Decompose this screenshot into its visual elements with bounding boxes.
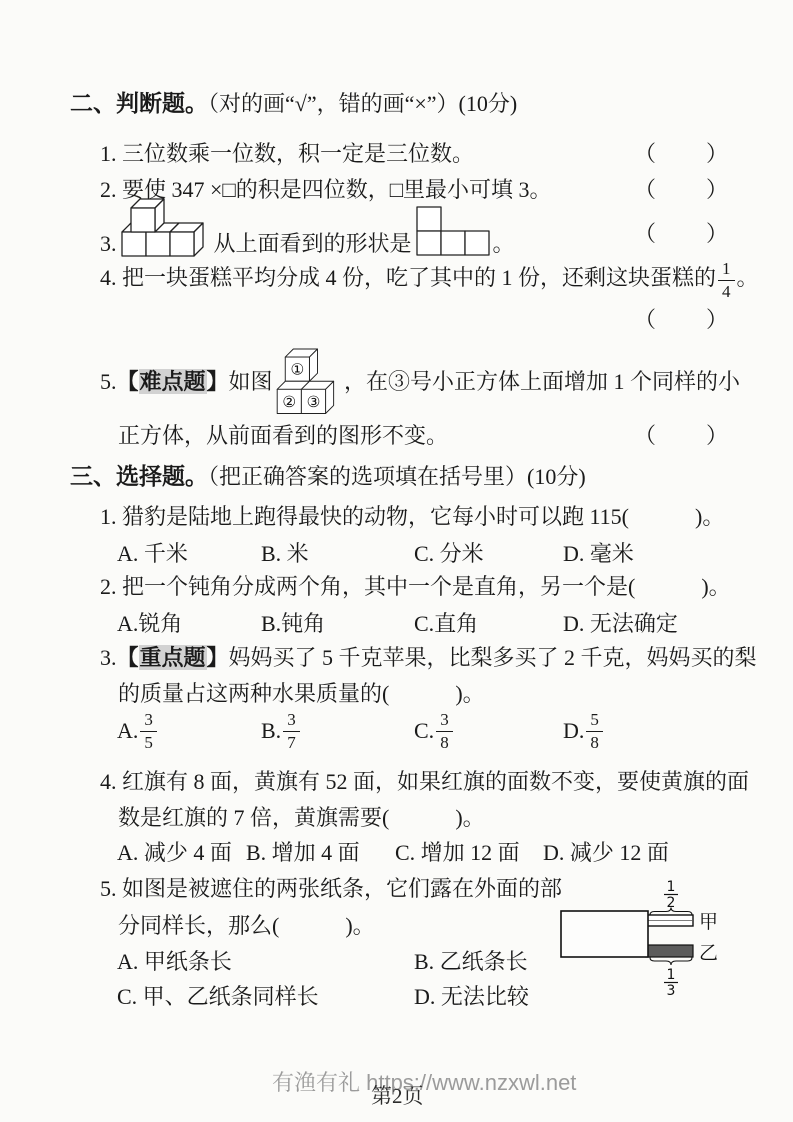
- choice-q3-tag: 【重点题】: [117, 645, 229, 670]
- choice-q5-line1: 5. 如图是被遮住的两张纸条，它们露在外面的部: [100, 874, 570, 904]
- numbered-cubes-figure: ① ② ③: [275, 336, 342, 428]
- worksheet-page: 二、判断题。（对的画“√”，错的画“×”）(10分) 1. 三位数乘一位数，积一…: [0, 0, 793, 1122]
- choice-q5-option-a: A. 甲纸条长: [117, 947, 414, 977]
- cube-stack-3d-figure: [120, 197, 210, 259]
- cube-label-1: ①: [290, 361, 304, 379]
- choice-q5-option-b: B. 乙纸条长: [414, 947, 528, 977]
- choice-q5-line2-text: 分同样长，那么( )。: [118, 913, 375, 938]
- choice-q3-line2: 的质量占这两种水果质量的( )。: [118, 679, 730, 709]
- judge-q3-period: 。: [493, 229, 515, 259]
- judge-q5: 5.【难点题】如图 ① ② ③ ，在③号小正方体上面增加 1 个同样的小: [100, 336, 740, 428]
- choice-q4-line1-text: 4. 红旗有 8 面，黄旗有 52 面，如果红旗的面数不变，要使黄旗的面: [100, 769, 749, 794]
- choice-q3-options: A.35 B.37 C.38 D.58: [117, 710, 605, 752]
- judge-q5-tag: 【难点题】: [117, 367, 229, 397]
- choice-q3-option-d: D.58: [563, 710, 605, 752]
- choice-q1-option-a: A. 千米: [117, 539, 261, 569]
- judge-q3-number: 3.: [100, 229, 117, 259]
- choice-q3-line1: 3.【重点题】妈妈买了 5 千克苹果，比梨多买了 2 千克，妈妈买的梨: [100, 643, 740, 673]
- choice-q2-option-a: A.锐角: [117, 609, 261, 639]
- choice-q3-line1-text: 妈妈买了 5 千克苹果，比梨多买了 2 千克，妈妈买的梨: [229, 645, 757, 670]
- choice-q5-line2: 分同样长，那么( )。: [118, 911, 570, 941]
- choice-section-title: 三、选择题。: [70, 463, 208, 489]
- fraction-numerator: 3: [140, 710, 157, 732]
- judge-q4: 4. 把一块蛋糕平均分成 4 份，吃了其中的 1 份，还剩这块蛋糕的14。: [100, 259, 740, 301]
- cube-label-3: ③: [306, 393, 320, 411]
- bottom-fraction-denominator: 3: [667, 983, 676, 998]
- choice-q1-option-b: B. 米: [261, 539, 414, 569]
- choice-q1-option-d: D. 毫米: [563, 539, 634, 569]
- choice-q2-option-c: C.直角: [414, 609, 563, 639]
- page-number: 第2页: [371, 1080, 424, 1110]
- covered-paper-strips-figure: 1 2 甲 乙 1 3: [558, 876, 720, 998]
- choice-q3-option-a: A.35: [117, 710, 261, 752]
- choice-q2-options: A.锐角 B.钝角 C.直角 D. 无法确定: [117, 609, 678, 639]
- option-letter: B.: [261, 716, 281, 746]
- option-letter: C.: [414, 716, 434, 746]
- watermark-text: 有渔有礼 https://www.nzxwl.net: [272, 1066, 576, 1097]
- fraction-3-8: 38: [436, 710, 453, 752]
- under-brace: [650, 958, 692, 966]
- label-jia: 甲: [699, 911, 718, 933]
- choice-q3-number: 3.: [100, 645, 117, 670]
- option-letter: A.: [117, 716, 138, 746]
- choice-q4-option-d: D. 减少 12 面: [543, 838, 669, 868]
- fraction-denominator: 4: [722, 281, 731, 302]
- tag-close-bracket: 】: [207, 369, 229, 394]
- judge-q4-period: 。: [737, 265, 759, 290]
- choice-q5-option-d: D. 无法比较: [414, 982, 529, 1012]
- choice-q3-line2-text: 的质量占这两种水果质量的( )。: [118, 681, 485, 706]
- choice-q4-option-b: B. 增加 4 面: [246, 838, 395, 868]
- judge-q1-answer-bracket: （ ）: [634, 139, 730, 169]
- judge-section-note: （对的画“√”，错的画“×”）(10分): [208, 91, 517, 116]
- judge-q4-text: 4. 把一块蛋糕平均分成 4 份，吃了其中的 1 份，还剩这块蛋糕的: [100, 265, 716, 290]
- fraction-denominator: 8: [590, 732, 599, 753]
- fraction-numerator: 5: [586, 710, 603, 732]
- judge-q5-text: ，在③号小正方体上面增加 1 个同样的小: [344, 367, 740, 397]
- choice-q2: 2. 把一个钝角分成两个角，其中一个是直角，另一个是( )。: [100, 572, 740, 602]
- choice-q4-option-a: A. 减少 4 面: [117, 838, 246, 868]
- judge-q4-answer-bracket: （ ）: [634, 305, 730, 335]
- l-shape-top-view-figure: [415, 205, 493, 257]
- choice-q4-line1: 4. 红旗有 8 面，黄旗有 52 面，如果红旗的面数不变，要使黄旗的面: [100, 767, 740, 797]
- judge-q5-line2: 正方体，从前面看到的图形不变。 （ ）: [118, 421, 730, 451]
- choice-q1-text: 1. 猎豹是陆地上跑得最快的动物，它每小时可以跑 115( )。: [100, 504, 724, 529]
- choice-q5-option-c: C. 甲、乙纸条同样长: [117, 982, 414, 1012]
- top-fraction-numerator: 1: [667, 879, 676, 895]
- judge-q3-answer-bracket: （ ）: [634, 219, 730, 249]
- choice-q3-option-b: B.37: [261, 710, 414, 752]
- choice-q4-line2-text: 数是红旗的 7 倍，黄旗需要( )。: [118, 805, 485, 830]
- strip-yi: [646, 945, 693, 957]
- tag-open-bracket: 【: [117, 369, 139, 394]
- choice-section-header: 三、选择题。（把正确答案的选项填在括号里）(10分): [70, 461, 586, 492]
- choice-q1-options: A. 千米 B. 米 C. 分米 D. 毫米: [117, 539, 634, 569]
- tag-difficult-label: 难点题: [139, 369, 207, 394]
- choice-q5-options-ab: A. 甲纸条长 B. 乙纸条长: [117, 947, 528, 977]
- tag-close-bracket: 】: [207, 645, 229, 670]
- tag-key-label: 重点题: [139, 645, 207, 670]
- cover-rectangle: [561, 911, 648, 957]
- judge-q5-answer-bracket: （ ）: [634, 421, 730, 451]
- judge-q3: 3. 从上面看到的形状是 。 （ ）: [100, 197, 730, 261]
- choice-q1: 1. 猎豹是陆地上跑得最快的动物，它每小时可以跑 115( )。: [100, 502, 740, 532]
- judge-q1-text: 1. 三位数乘一位数，积一定是三位数。: [100, 141, 474, 166]
- choice-q5-options-cd: C. 甲、乙纸条同样长 D. 无法比较: [117, 982, 529, 1012]
- judge-q5-number: 5.: [100, 367, 117, 397]
- judge-q5-row: 5.【难点题】如图 ① ② ③ ，在③号小正方体上面增加 1 个同样的小: [100, 336, 740, 428]
- fraction-denominator: 7: [287, 732, 296, 753]
- judge-section-header: 二、判断题。（对的画“√”，错的画“×”）(10分): [70, 88, 517, 119]
- fraction-denominator: 8: [440, 732, 449, 753]
- fraction-numerator: 3: [436, 710, 453, 732]
- choice-q2-text: 2. 把一个钝角分成两个角，其中一个是直角，另一个是( )。: [100, 574, 731, 599]
- choice-q2-option-d: D. 无法确定: [563, 609, 678, 639]
- choice-q3-option-c: C.38: [414, 710, 563, 752]
- judge-q3-text: 从上面看到的形状是: [214, 229, 412, 259]
- choice-q2-option-b: B.钝角: [261, 609, 414, 639]
- judge-q4-bracket-line: （ ）: [100, 305, 730, 335]
- fraction-numerator: 3: [283, 710, 300, 732]
- fraction-denominator: 5: [144, 732, 153, 753]
- label-yi: 乙: [699, 942, 718, 964]
- judge-q5-line2-text: 正方体，从前面看到的图形不变。: [118, 423, 448, 448]
- choice-q4-line2: 数是红旗的 7 倍，黄旗需要( )。: [118, 803, 730, 833]
- bottom-fraction-numerator: 1: [667, 967, 676, 983]
- top-fraction-denominator: 2: [667, 895, 676, 911]
- choice-q4-options: A. 减少 4 面 B. 增加 4 面 C. 增加 12 面 D. 减少 12 …: [117, 838, 669, 868]
- fraction-numerator: 1: [718, 259, 735, 281]
- fraction-3-5: 35: [140, 710, 157, 752]
- choice-section-note: （把正确答案的选项填在括号里）(10分): [208, 464, 586, 489]
- fraction-one-fourth: 14: [718, 259, 735, 301]
- fraction-3-7: 37: [283, 710, 300, 752]
- judge-q5-lead: 如图: [229, 367, 273, 397]
- fraction-5-8: 58: [586, 710, 603, 752]
- choice-q1-option-c: C. 分米: [414, 539, 563, 569]
- judge-q1: 1. 三位数乘一位数，积一定是三位数。 （ ）: [100, 139, 730, 169]
- tag-open-bracket: 【: [117, 645, 139, 670]
- choice-q4-option-c: C. 增加 12 面: [395, 838, 543, 868]
- cube-label-2: ②: [282, 393, 296, 411]
- judge-section-title: 二、判断题。: [70, 90, 208, 116]
- choice-q5-line1-text: 5. 如图是被遮住的两张纸条，它们露在外面的部: [100, 876, 562, 901]
- option-letter: D.: [563, 716, 584, 746]
